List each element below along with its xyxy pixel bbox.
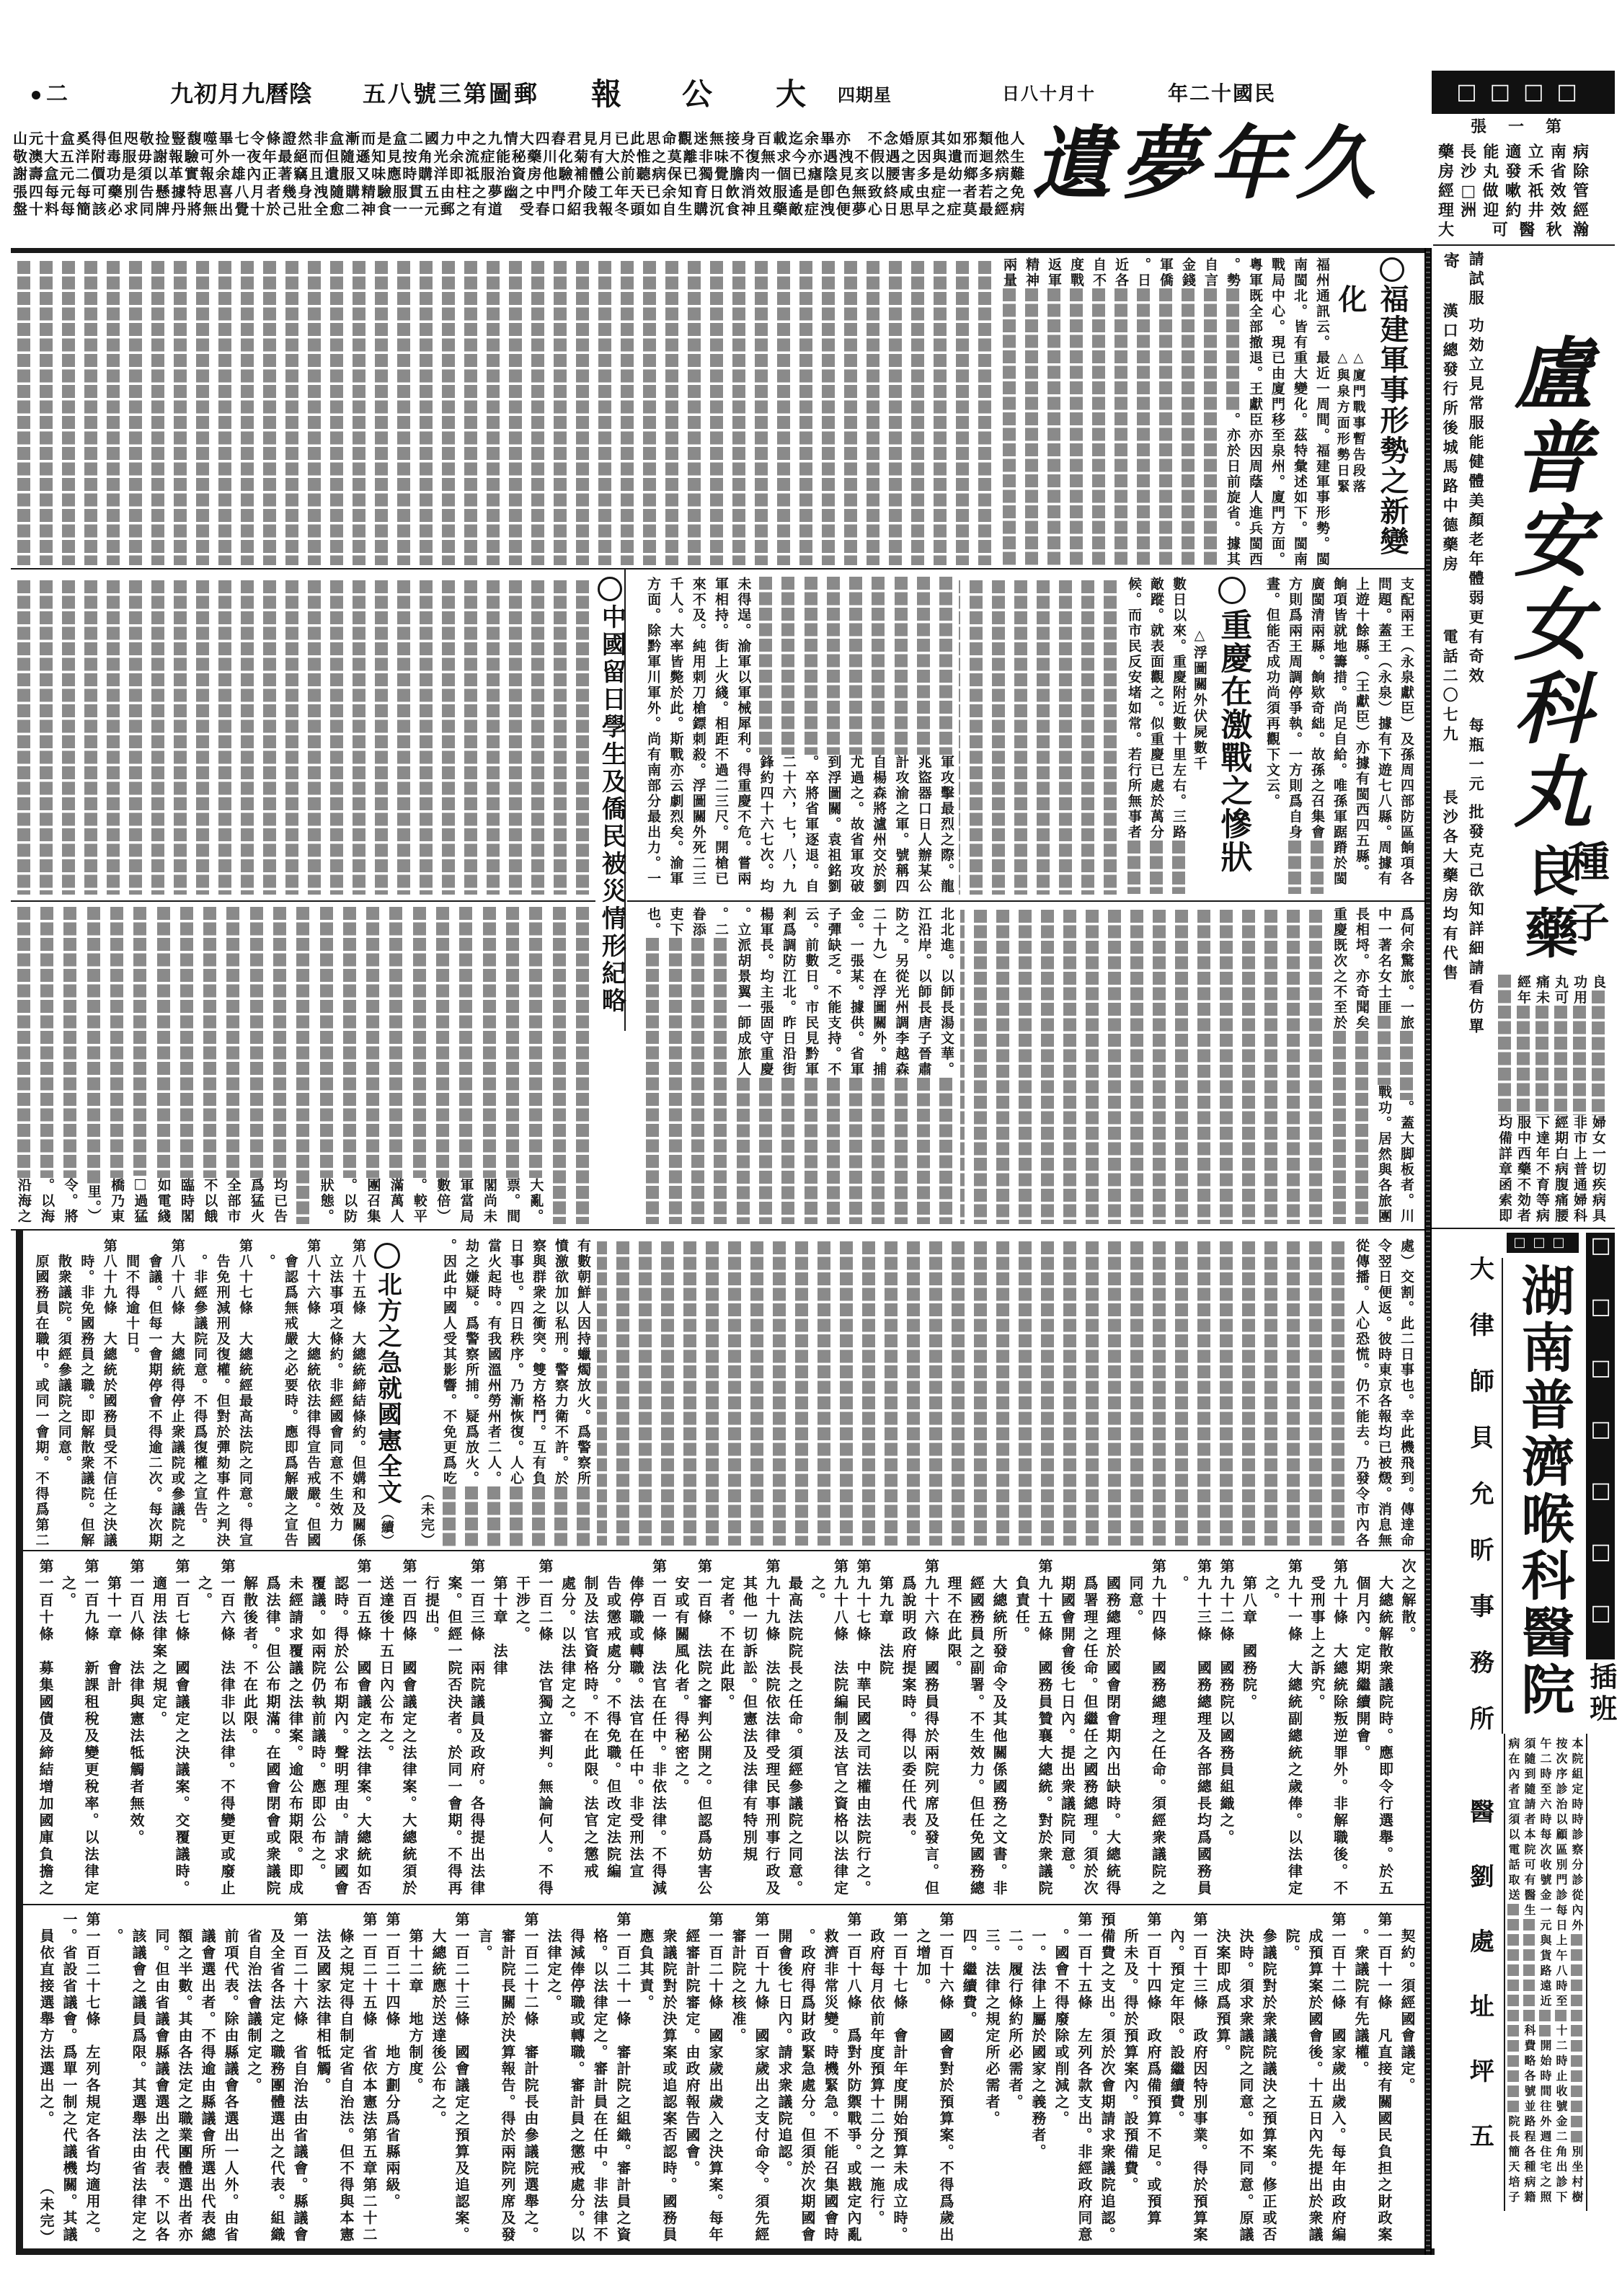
illegible-text-span	[1537, 2010, 1553, 2039]
text-column: 國務總理於國會閉會期內出缺時。大總統得	[1101, 1559, 1124, 1899]
text-column: 第九十二條 國務院以國務員組織之。	[1215, 1559, 1238, 1899]
illegible-text-span	[1553, 2010, 1569, 2024]
text-column: 散衆議院。須經參議院之同意。	[53, 1238, 75, 1548]
bullet-icon	[32, 91, 40, 99]
column-top-text: 廣閩清兩縣。餉欵奇絀。故孫之召集會	[1306, 577, 1328, 841]
illegible-text-span	[1145, 841, 1167, 895]
illegible-text-span	[460, 1486, 482, 1548]
partial-text-column: 數日以來。重慶附近數十里左右。三路	[1167, 577, 1189, 894]
text-column: 大總統解散衆議院時。應即令行選舉。於五	[1373, 1559, 1396, 1899]
column-bottom-text: 院長簡天培子	[1505, 2115, 1521, 2206]
text-column: 令翌日便返。彼時東京各報均已被燬。消息無	[1373, 1238, 1395, 1548]
text-column: 第九十七條 中華民國之司法權由法院行之。	[851, 1559, 874, 1899]
column-bottom-text: 如電綫	[151, 1178, 174, 1225]
republic-year: 民國十二年	[1168, 84, 1276, 104]
column-top-text: 楊軍長。均主張固守重慶	[754, 907, 776, 1078]
text-column: 第八十八條 大總統得停止衆議院或參議院之	[165, 1238, 187, 1548]
illegible-text-span	[912, 1078, 934, 1225]
text-column: 第一百二十六條 省自治法由省議會。縣議會	[288, 1912, 311, 2246]
text-column: 決案即成爲預算。	[1211, 1912, 1234, 2246]
text-column: 院。	[1280, 1912, 1303, 2246]
illegible-text-span	[1551, 1006, 1570, 1115]
rule-hospital-top	[1432, 1228, 1615, 1229]
text-column: 前項代表。除由縣議會各選出一人外。由省	[219, 1912, 242, 2246]
text-column: 第九十三條 國務總理及各部總長均爲國務員	[1192, 1559, 1215, 1899]
illegible-text-span	[642, 938, 664, 1224]
ad-tag-right: 種子	[1561, 840, 1608, 961]
partial-text-column: 廣閩清兩縣。餉欵奇絀。故孫之召集會	[1306, 577, 1328, 894]
article-japan-body-d-right: 處）交割。此二日事也。幸此機飛到。傳達命令翌日便返。彼時東京各報均已被燬。消息無…	[1350, 1238, 1417, 1548]
rule-band-c	[11, 1229, 1424, 1231]
text-column: 來不及。純用刺刀槍鏢刺殺。浮圖關外死二三	[686, 577, 709, 894]
partial-text-column: 有數朝鮮人因持蠟燭放火。爲警察所	[572, 1238, 594, 1548]
partial-text-column: 到浮圖關。袁祖銘劉	[822, 577, 844, 894]
illegible-text-span	[890, 577, 912, 755]
ad-efficacy: 功効立見常服能健體美顏老年體弱更有奇效	[1468, 317, 1484, 687]
partial-text-column: 云。前數日。市民見黔軍	[799, 907, 822, 1224]
text-column: 第十二章 地方制度。	[404, 1912, 427, 2246]
text-column: 參議院對於衆議院議決之預算案。修正或否	[1257, 1912, 1280, 2246]
partial-text-column: 當火起時。有我國溫州勞州者二人。	[482, 1238, 505, 1548]
illegible-text-span	[408, 907, 431, 1178]
text-column: 第八十六條 大總統依法律得宣告戒嚴。但國	[301, 1238, 324, 1548]
rule-band-e	[16, 1904, 1424, 1905]
illegible-text-span	[1087, 288, 1109, 567]
column-bottom-text: 到浮圖關。袁祖銘劉	[822, 755, 844, 895]
text-column: 第十一章 會計	[102, 1559, 125, 1899]
text-column: 其他一切訴訟。但憲法及法律有特別規	[737, 1559, 761, 1899]
partial-text-column: 軍當局	[454, 907, 477, 1224]
text-column: 第一百十三條 政府因特別事業。得於預算案	[1188, 1912, 1211, 2246]
text-column: 大總統應於送達後公布之。	[427, 1912, 450, 2246]
partial-text-column: 。勢。亦於日前旋省。據其	[1221, 257, 1244, 567]
column-top-text: 。二	[709, 907, 732, 938]
rule-band-d	[16, 1550, 1424, 1551]
partial-text-column: 經年服中西藥不効者	[1514, 975, 1533, 1223]
column-top-text: 精神	[1020, 257, 1042, 288]
partial-text-column: 兩量	[998, 257, 1020, 567]
partial-text-column: 爲何余驚旅。一旅。蓋大脚板者。川	[1395, 907, 1417, 1224]
column-bottom-text: 戰功。居然與各旅團	[1373, 1085, 1395, 1225]
illegible-text-span	[1221, 288, 1244, 412]
column-bottom-text: 臨時閣	[175, 1178, 198, 1225]
text-column: 格。以法律定之。審計員在任中。非法律不	[588, 1912, 611, 2246]
text-column: 粵軍既全部撤退。王獻臣亦因周蔭人進兵閩西	[1244, 257, 1266, 567]
illegible-text-span	[175, 907, 198, 1178]
testimonial-row: 敬澳大五洋附毒服毋謝報驗可外一夜年最絕而但隨遜知見按角光余流症能秘藥川化菊有大於…	[13, 148, 1026, 166]
text-column: 受刑事上之訴究。	[1306, 1559, 1329, 1899]
illegible-text-span	[549, 1486, 572, 1548]
partial-text-column: 沿海之	[12, 907, 35, 1224]
masthead-char-1: 大	[776, 79, 806, 110]
text-column: 干涉之。	[510, 1559, 533, 1899]
text-column: 方面。除黔軍川軍外。尚有南部分最出力。一	[642, 577, 664, 894]
hospital-banner: □□□□□□□	[1586, 1233, 1615, 1659]
column-top-text: 金。一張某。據供。省軍	[845, 907, 867, 1078]
column-bottom-text: 沿海之	[12, 1178, 35, 1225]
text-column: 第一百五條 國會議定之法律案。大總統如否	[352, 1559, 375, 1899]
partial-text-column: 日事也。四日秩序。乃漸恢復。人心	[505, 1238, 527, 1548]
column-bottom-text: 服中西藥不効者	[1514, 1115, 1533, 1224]
text-column: 第一百二十二條 審計院長由參議院選舉之。	[519, 1912, 542, 2246]
text-column: 所未及。得於預算案內。設預備費。	[1119, 1912, 1142, 2246]
partial-text-column: 金。一張某。據供。省軍	[845, 907, 867, 1224]
partial-text-column: 均已告	[268, 907, 291, 1224]
text-column: 第一百九條 新課租稅及變更稅率。以法律定	[79, 1559, 102, 1899]
column-top-text: 也。	[642, 907, 664, 938]
text-column: 第八章 國務院。	[1237, 1559, 1260, 1899]
illegible-text-column	[547, 907, 570, 1224]
column-bottom-text: 軍攻擊最烈之際。龍	[935, 755, 957, 895]
partial-text-column: 計攻渝之軍。號稱四	[890, 577, 912, 894]
text-column: 審計院之核准。	[727, 1912, 750, 2246]
partial-text-column: 員依直接選舉方法選出之。（未完）	[35, 1912, 58, 2246]
column-rule-ads	[1424, 248, 1432, 2255]
column-bottom-text: 數倍）	[431, 1178, 454, 1225]
illegible-text-span	[822, 577, 844, 755]
column-bottom-text: 均已告	[268, 1178, 291, 1225]
illegible-text-span	[105, 907, 128, 1178]
circle-mark-icon	[598, 577, 622, 601]
column-top-text: 察與群衆之衝突。雙方格鬥。互有負	[527, 1238, 549, 1486]
column-bottom-text: 兆盜器口日人辦某公	[912, 755, 934, 895]
column-bottom-text: 里。）	[81, 1184, 105, 1224]
illegible-text-region	[597, 1241, 1349, 1546]
partial-text-column: 返軍	[1042, 257, 1065, 567]
column-bottom-text: □過猛	[128, 1176, 151, 1225]
text-column: 俸停職或轉職。法官在任中。非受刑法宣	[624, 1559, 647, 1899]
text-column: 。非經參議院同意。不得爲復權之宣告。	[188, 1238, 210, 1548]
illegible-text-span	[1109, 288, 1132, 567]
column-gap	[35, 2127, 58, 2180]
text-column: 間不得逾十日。	[120, 1238, 143, 1548]
column-bottom-text: 狀態。	[314, 1178, 337, 1225]
illegible-text-span	[245, 907, 268, 1178]
illegible-text-span	[198, 907, 221, 1178]
ad-price: 每瓶一元	[1468, 717, 1484, 795]
text-column: 政府每月依前年度預算十二分之一施行。	[865, 1912, 888, 2246]
illegible-text-span	[361, 907, 384, 1178]
ad-retail: 長沙各大藥房均有代售	[1442, 789, 1458, 984]
illegible-text-span	[867, 577, 890, 755]
continued-mark: （續）	[379, 1507, 394, 1548]
text-column: 爲法律。但公布期滿。在國會閉會或衆議院	[261, 1559, 284, 1899]
text-column: 軍相持。街上火綫。相距不過二三尺。開槍已	[709, 577, 732, 894]
illegible-text-span	[1589, 990, 1608, 1115]
text-column: 福州通訊云。最近一周間。福建軍事形勢。閩	[1311, 257, 1333, 567]
illegible-text-span	[754, 1078, 776, 1225]
text-column: 預備費之支出。須於次會期請求衆議院追認。	[1096, 1912, 1119, 2246]
partial-text-column: 午二時至六時每次收號金一元與貨路遠近開始時間往外週住宅之照	[1537, 1737, 1553, 2206]
headline-constitution: 北方之急就國憲全文	[373, 1272, 400, 1505]
partial-text-column: 不以餓	[198, 907, 221, 1224]
partial-text-column: 子彈缺乏。不能支持。不	[822, 907, 844, 1224]
illegible-text-span	[81, 907, 105, 1184]
text-column: 一。省設省議會。爲單一制之代議機關。其議	[58, 1912, 81, 2246]
masthead-char-3: 報	[591, 79, 621, 110]
text-column: 法及國家法律相牴觸。	[311, 1912, 334, 2246]
illegible-text-span	[1570, 1006, 1589, 1115]
circle-mark-icon	[1218, 577, 1246, 604]
partial-text-column: 。因此中國人受其影響。不免更爲吃	[438, 1238, 460, 1548]
illegible-text-span	[268, 907, 291, 1178]
column-top-text: 。因此中國人受其影響。不免更爲吃	[438, 1238, 460, 1486]
masthead-block: □□□□	[1432, 71, 1615, 114]
text-column: 。國會不得廢除或削減之。	[1050, 1912, 1073, 2246]
illegible-text-span	[1122, 841, 1145, 895]
issue-number: 郵圖第三號八五	[363, 82, 539, 105]
illegible-text-span	[527, 1486, 549, 1548]
text-column: 額之半數。其由各法定之職業團體選出者亦	[173, 1912, 196, 2246]
testimonial-row: 盤十料每簡該必求同牌丹將無出覺十於己壯全愈二神食一一元郵之有道 受春口紹我報冬頭…	[13, 200, 1026, 218]
ad-trial: 請試服	[1468, 251, 1484, 309]
column-bottom-text: 下達年不育等病	[1533, 1115, 1551, 1224]
illegible-text-region	[11, 580, 593, 895]
text-column: 成預算案於國會後。十五日內先提出於衆議	[1303, 1912, 1326, 2246]
column-top-text: 。勢	[1221, 257, 1244, 288]
hospital-title: 湖南普濟喉科醫院	[1514, 1263, 1572, 1719]
illegible-text-span	[799, 577, 822, 755]
text-column: 第一百十六條 國會對於預算案。不得爲歲出	[934, 1912, 957, 2246]
text-column: 從傳播。人心恐慌。仍不能去。乃發令市內各	[1350, 1238, 1373, 1548]
column-top-text: 爲何余驚旅。一旅	[1395, 907, 1417, 1031]
column-bottom-text: 尤過之。故省軍攻破	[845, 755, 867, 895]
column-bottom-text: 非市上普通婦科	[1570, 1115, 1589, 1224]
partial-text-column: 候。而市民反安堵如常。若行所無事者	[1122, 577, 1145, 894]
text-column: 個月內。定期繼續開會。	[1351, 1559, 1374, 1899]
column-top-text: 子彈缺乏。不能支持。不	[822, 907, 844, 1078]
partial-text-column: 。立派胡景翼一師成旅人	[732, 907, 754, 1224]
article-chongqing-body-b: 軍攻擊最烈之際。龍兆盜器口日人辦某公計攻渝之軍。號稱四自楊森將瀘州交於劉尤過之。…	[642, 577, 957, 894]
constitution-articles-89-110: 次之解散。 大總統解散衆議院時。應即令行選舉。於五 個月內。定期繼續開會。第九十…	[33, 1559, 1419, 1899]
text-column: 次之解散。	[1396, 1559, 1419, 1899]
illegible-text-span	[912, 577, 934, 755]
text-column: 第一百十七條 會計年度開始預算未成立時。	[888, 1912, 911, 2246]
illegible-text-span	[12, 907, 35, 1178]
partial-text-column: 。卒將省軍逐退。自	[799, 577, 822, 894]
text-column: 問題。蓋王（永泉）據有下遊七八縣。周據有	[1373, 577, 1395, 894]
column-top-text: 防之。另從光州調李越森	[890, 907, 912, 1078]
lawyer-extra-text: 醫劉處址坪五	[1466, 1799, 1492, 2188]
column-top-text: 有數朝鮮人因持蠟燭放火。爲警察所	[572, 1238, 594, 1486]
text-column: 第一百十八條 爲對外防禦戰爭。或戡定內亂	[842, 1912, 865, 2246]
illegible-text-span	[845, 577, 867, 755]
text-column: 第九十五條 國務員贊襄大總統。對於衆議院	[1033, 1559, 1056, 1899]
text-column: 餉項皆就地籌措。尚足自給。唯孫軍踞蹐於閩	[1328, 577, 1350, 894]
illegible-text-span	[1395, 1031, 1417, 1100]
sheet-label: 第一張	[1471, 119, 1583, 135]
partial-text-column: 。以海	[35, 907, 58, 1224]
illegible-text-span	[151, 907, 174, 1178]
lunar-date: 陰曆九月初九	[170, 82, 313, 105]
text-column: 及全省各法定之職務團體選出之代表。組織	[265, 1912, 288, 2246]
text-column: 。	[1169, 1559, 1192, 1899]
partial-text-column: 丸可經期白病腹痛腰	[1551, 975, 1570, 1223]
rule-top-thick	[11, 248, 1424, 253]
illegible-text-span	[454, 907, 477, 1178]
text-column: 制及法官資格時。不在此限。法官之懲戒	[579, 1559, 602, 1899]
rule-notes-right	[1586, 1734, 1587, 2211]
column-bottom-text: 二十六，七，八，九	[777, 755, 799, 895]
column-bottom-text: 閣尚未	[478, 1178, 501, 1225]
text-column: 安或有關風化者。得秘密之。	[670, 1559, 693, 1899]
illegible-text-span	[1176, 288, 1199, 567]
illegible-text-span	[1132, 288, 1154, 567]
text-column: 定者。不在此限。	[715, 1559, 738, 1899]
column-top-text: 。立派胡景翼一師成旅人	[732, 907, 754, 1078]
article-japan-body-c: 大亂。票。間閣尚未軍當局數倍）。較平滿萬人團召集。以防狀態。均已告爲猛火全部市不…	[12, 907, 594, 1224]
column-top-text: 方則爲兩王周調停爭執。一方則爲自身	[1283, 577, 1306, 841]
article-chongqing-body-c-right: 爲何余驚旅。一旅。蓋大脚板者。川中一著名女士匪戰功。居然與各旅團長相埒。亦奇聞矣…	[1328, 907, 1417, 1224]
column-bottom-text: 。卒將省軍逐退。自	[799, 755, 822, 895]
text-column: 立法事項之條約。非經國會同意不生效力	[324, 1238, 346, 1548]
partial-text-column: 劫之嫌疑。爲警察所捕。疑爲放火。	[460, 1238, 482, 1548]
column-top-text: 按次序診治以顧區別門診每日上午八時至	[1553, 1737, 1569, 2010]
partial-text-column: 自言	[1199, 257, 1221, 567]
text-column: 第一百十四條 政府爲備預算不足。或預算	[1142, 1912, 1165, 2246]
partial-text-column: 軍僑	[1154, 257, 1176, 567]
column-bottom-text: 。以防	[338, 1178, 361, 1225]
article-fujian-continuation: 支配兩王（永泉獻臣）及孫周四部防區餉項各問題。蓋王（永泉）據有下遊七八縣。周據有…	[1261, 577, 1417, 894]
gregorian-date: 十月十八日	[1002, 85, 1096, 102]
illegible-text-span	[221, 907, 244, 1178]
text-column: 一。法律上屬於國家之義務者。	[1027, 1912, 1050, 2246]
column-top-text: 二十九）在浮圖關外。捕	[867, 907, 890, 1078]
partial-text-column: 兆盜器口日人辦某公	[912, 577, 934, 894]
partial-text-column: 本院組定時時診察分診從內外別坐村樹	[1569, 1737, 1585, 2206]
testimonial-ad-text: 山元十盒奚得但咫敬捡豎馥噬畢七令條證然非盒漸而是盒二國力中之九情大四舂君見月已此…	[13, 130, 1026, 218]
illegible-text-span	[58, 907, 81, 1178]
illegible-text-span	[709, 938, 732, 1224]
partial-text-column: 票。間	[501, 907, 524, 1224]
illegible-text-span	[338, 907, 361, 1178]
text-column: 。衆議院有先議權。	[1350, 1912, 1373, 2246]
column-top-text: 北北進。以師長湯文華。	[935, 907, 957, 1078]
illegible-text-span	[1065, 288, 1087, 567]
column-gap	[415, 1238, 438, 1486]
text-column: 大總統所發命令及其他關係國務之文書。非	[988, 1559, 1011, 1899]
text-column: 第九十九條 法院依法律受理民事刑事行政及	[761, 1559, 784, 1899]
text-column: 未得逞。渝軍以軍械犀利。得重慶不危。嘗兩	[732, 577, 754, 894]
column-top-text: 江沿岸。以師長唐子晉肅	[912, 907, 934, 1078]
column-bottom-text: 。亦於日前旋省。據其	[1221, 412, 1244, 567]
partial-text-column: 吏下	[664, 907, 686, 1224]
text-column: 第一百二十一條 審計院之組織。審計員之資	[611, 1912, 634, 2246]
text-column: 處分。以法律定之。	[556, 1559, 579, 1899]
rule-band-b-left	[11, 900, 595, 902]
hospital-notes: 本院組定時時診察分診從內外別坐村樹按次序診治以顧區別門診每日上午八時至十二時止收…	[1505, 1737, 1585, 2206]
illegible-text-span	[1514, 1006, 1533, 1115]
text-column: 第一百八條 法律與憲法牴觸者無效。	[125, 1559, 148, 1899]
notice-row: 理洲迎約井效經	[1438, 201, 1593, 221]
illegible-text-span	[935, 577, 957, 755]
column-bottom-text: 橋乃東	[105, 1178, 128, 1225]
text-column: 千人。大率皆斃於此。斯戰亦云劇烈矣。渝軍	[664, 577, 686, 894]
text-column: 之。	[56, 1559, 79, 1899]
text-column: 言。	[473, 1912, 496, 2246]
partial-text-column: 長相埒。亦奇聞矣	[1350, 907, 1373, 1224]
article-japan-body-d-left: 有數朝鮮人因持蠟燭放火。爲警察所憤激欲加以私刑。警察力衛不許。於察與群衆之衝突。…	[415, 1238, 594, 1548]
partial-text-column: 北北進。以師長湯文華。	[935, 907, 957, 1224]
text-column: 衆議院對於決算案或追認案否認時。國務員	[657, 1912, 681, 2246]
text-column: 經國務員之副署。不生效力。但任免國務總	[965, 1559, 988, 1899]
partial-text-column: 方則爲兩王周調停爭執。一方則爲自身	[1283, 577, 1306, 894]
partial-text-column: 均備詳章函索即	[1495, 975, 1514, 1223]
illegible-text-span	[524, 907, 547, 1178]
partial-text-column: 如電綫	[151, 907, 174, 1224]
illegible-text-span	[1328, 1031, 1350, 1224]
text-column: 第九十四條 國務總理之任命。須經衆議院之	[1146, 1559, 1169, 1899]
text-column: 行提出。	[420, 1559, 443, 1899]
illegible-text-region	[960, 910, 1326, 1224]
text-column: 決時。須求衆議院之同意。如不同意。原議	[1234, 1912, 1257, 2246]
text-column: 案。但經一院否決者。於同一會期。不得再	[443, 1559, 466, 1899]
text-column: 得減俸停職或轉職。審計員之懲戒處分。以	[565, 1912, 588, 2246]
column-bottom-text: 令。將	[58, 1178, 81, 1225]
column-bottom-text: 經期白病腹痛腰	[1551, 1115, 1570, 1224]
column-top-text: 中一著名女士匪	[1373, 907, 1395, 1016]
illegible-text-span	[431, 907, 454, 1178]
text-column: 適用法律案之規定。	[147, 1559, 170, 1899]
illegible-text-span	[1306, 841, 1328, 895]
text-column: 之。	[1260, 1559, 1283, 1899]
headline-students-in-japan: 中國留日學生及僑民被災情形紀略	[598, 604, 624, 1015]
subhead-chongqing: △浮圖關外伏屍數千	[1192, 627, 1207, 772]
column-top-text: 近各	[1109, 257, 1132, 288]
circle-mark-icon	[1380, 257, 1404, 282]
column-bottom-text: （未完）	[35, 2180, 58, 2246]
partial-text-column: 滿萬人	[384, 907, 407, 1224]
column-top-text: 兩量	[998, 257, 1020, 288]
column-top-text: 須隨到隨請者本院可有醫生	[1521, 1737, 1537, 1919]
column-bottom-text: 科費略各號並路程各種病籍	[1521, 2024, 1537, 2206]
partial-text-column: 近各	[1109, 257, 1132, 567]
illegible-text-span	[128, 907, 151, 1176]
partial-text-column: 。較平	[408, 907, 431, 1224]
illegible-text-span	[686, 938, 709, 1224]
partial-text-column: 。二	[709, 907, 732, 1224]
partial-text-column: 自楊森將瀘州交於劉	[867, 577, 890, 894]
article-chongqing-body-c: 北北進。以師長湯文華。江沿岸。以師長唐子晉肅防之。另從光州調李越森二十九）在浮圖…	[642, 907, 957, 1224]
partial-text-column: 金錢	[1176, 257, 1199, 567]
page-marker: 二	[32, 84, 68, 105]
illegible-text-span	[438, 1486, 460, 1548]
illegible-text-column	[571, 907, 594, 1224]
text-column: 第八十五條 大總統締結條約。但媾和及關係	[347, 1238, 369, 1548]
column-bottom-text: 別坐村樹	[1569, 2145, 1585, 2206]
text-column: 爲說明政府提案時。得以委任代表。	[897, 1559, 920, 1899]
column-bottom-text: 團召集	[361, 1178, 384, 1225]
partial-text-column: 令。將	[58, 907, 81, 1224]
column-bottom-text: 十二時止收號金二角出診下	[1553, 2024, 1569, 2206]
column-bottom-text: （未完）	[415, 1486, 438, 1548]
illegible-text-span	[1533, 1006, 1551, 1115]
column-top-text: 劫之嫌疑。爲警察所捕。疑爲放火。	[460, 1238, 482, 1486]
column-top-text: 日事也。四日秩序。乃漸恢復。人心	[505, 1238, 527, 1486]
partial-text-column: 剎爲調防江北。昨日沿街	[777, 907, 799, 1224]
column-top-text: 云。前數日。市民見黔軍	[799, 907, 822, 1078]
text-column: 處）交割。此二日事也。幸此機飛到。傳達命	[1395, 1238, 1417, 1548]
text-column: 二。履行條約所必需者。	[1003, 1912, 1027, 2246]
illegible-text-span	[384, 907, 407, 1178]
text-column: 。	[104, 1912, 127, 2246]
partial-text-column: 大亂。	[524, 907, 547, 1224]
article-chongqing-body-a: 數日以來。重慶附近數十里左右。三路敵蹤。就表面觀之。似重慶已處於萬分候。而市民反…	[1122, 577, 1189, 894]
column-top-text: 功用	[1570, 975, 1589, 1006]
illegible-text-span	[478, 907, 501, 1178]
partial-text-column: 功用非市上普通婦科	[1570, 975, 1589, 1223]
text-column: 第一百二十條 國家歲出歲入之決算案。每年	[704, 1912, 727, 2246]
